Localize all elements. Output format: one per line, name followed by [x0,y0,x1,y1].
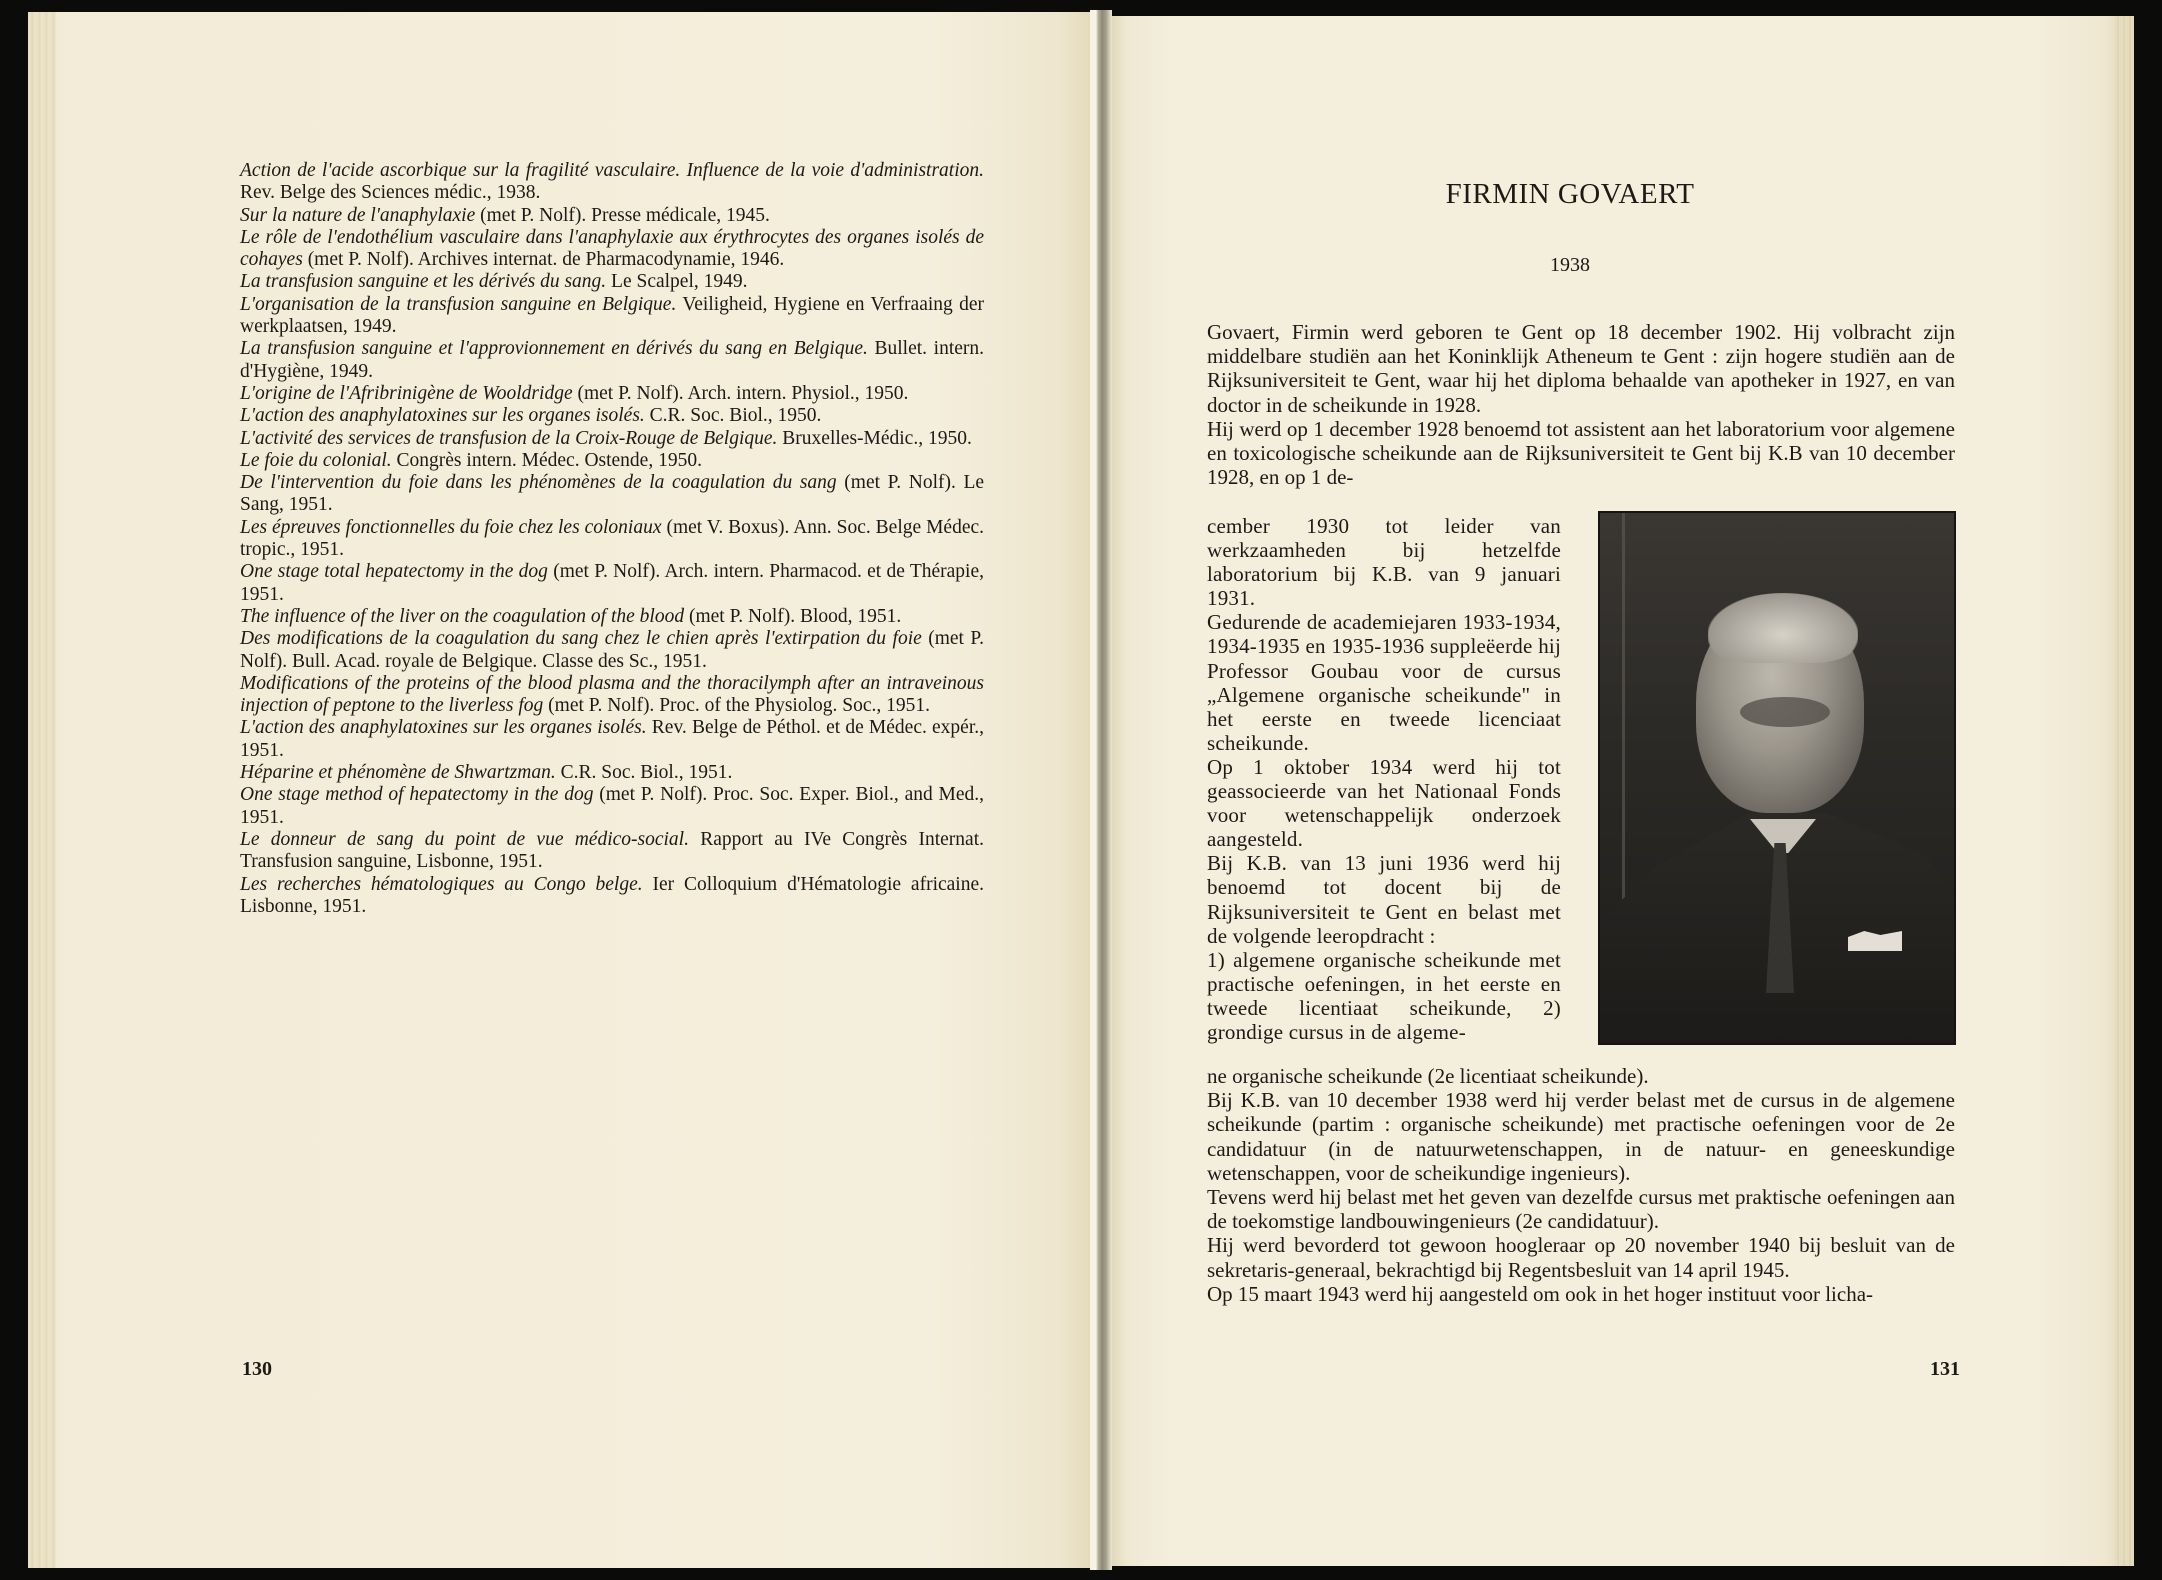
bibliography-entry: Le foie du colonial. Congrès intern. Méd… [240,450,984,472]
bibliography-entry: L'action des anaphylatoxines sur les org… [240,717,984,762]
bibliography-entry: La transfusion sanguine et les dérivés d… [240,271,984,293]
paragraph: Gedurende de academiejaren 1933-1934, 19… [1207,610,1561,755]
bibliography-entry: La transfusion sanguine et l'approvionne… [240,338,984,383]
book-gutter [1090,10,1112,1570]
paragraph: Hij werd bevorderd tot gewoon hoogleraar… [1207,1233,1955,1281]
bibliography-entry: Action de l'acide ascorbique sur la frag… [240,160,984,205]
bibliography-entry: L'organisation de la transfusion sanguin… [240,294,984,339]
paragraph: ne organische scheikunde (2e licentiaat … [1207,1064,1955,1088]
bibliography-entry: One stage method of hepatectomy in the d… [240,784,984,829]
article-title: FIRMIN GOVAERT [1160,178,1980,211]
paragraph: Op 15 maart 1943 werd hij aangesteld om … [1207,1282,1955,1306]
bibliography-entry: The influence of the liver on the coagul… [240,606,984,628]
photo-hair [1708,593,1858,663]
bibliography-entry: Les recherches hématologiques au Congo b… [240,874,984,919]
paragraph: 1) algemene organische scheikunde met pr… [1207,948,1561,1044]
bibliography-entry: One stage total hepatectomy in the dog (… [240,561,984,606]
paragraph: Op 1 oktober 1934 werd hij tot geassocie… [1207,755,1561,851]
page-number: 131 [1930,1358,1960,1381]
biography-intro: Govaert, Firmin werd geboren te Gent op … [1207,320,1955,489]
bibliography-entry: L'origine de l'Afribrinigène de Wooldrid… [240,383,984,405]
biography-column: cember 1930 tot leider van werkzaamheden… [1207,514,1561,1044]
paragraph: Bij K.B. van 13 juni 1936 werd hij benoe… [1207,851,1561,947]
paragraph: Bij K.B. van 10 december 1938 werd hij v… [1207,1088,1955,1185]
paragraph: cember 1930 tot leider van werkzaamheden… [1207,514,1561,610]
paragraph: Hij werd op 1 december 1928 benoemd tot … [1207,417,1955,490]
bibliography-entry: De l'intervention du foie dans les phéno… [240,472,984,517]
scan-border [0,0,2162,12]
article-year: 1938 [1160,254,1980,277]
paragraph: Tevens werd hij belast met het geven van… [1207,1185,1955,1233]
bibliography-entry: Les épreuves fonctionnelles du foie chez… [240,517,984,562]
bibliography-entry: Modifications of the proteins of the blo… [240,673,984,718]
bibliography-entry: Sur la nature de l'anaphylaxie (met P. N… [240,205,984,227]
page-number: 130 [242,1358,272,1381]
bibliography-entry: L'activité des services de transfusion d… [240,428,984,450]
bibliography-entry: Héparine et phénomène de Shwartzman. C.R… [240,762,984,784]
photo-eyes [1740,697,1830,727]
bibliography-entry: Le donneur de sang du point de vue médic… [240,829,984,874]
bibliography-entry: Des modifications de la coagulation du s… [240,628,984,673]
paragraph: Govaert, Firmin werd geboren te Gent op … [1207,320,1955,417]
bibliography-entry: L'action des anaphylatoxines sur les org… [240,405,984,427]
bibliography-entry: Le rôle de l'endothélium vasculaire dans… [240,227,984,272]
biography-continued: ne organische scheikunde (2e licentiaat … [1207,1064,1955,1306]
portrait-photo [1598,511,1956,1045]
bibliography-list: Action de l'acide ascorbique sur la frag… [240,160,984,918]
